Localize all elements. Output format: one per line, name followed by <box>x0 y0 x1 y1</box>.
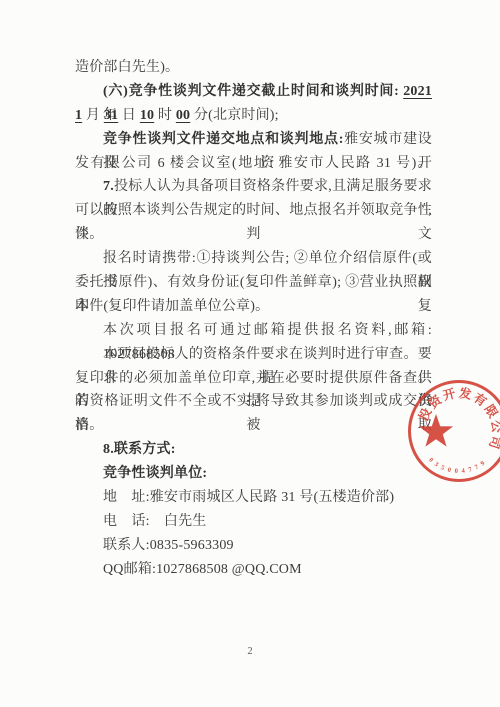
doc-line: 可以按照本谈判公告规定的时间、地点报名并领取竞争性谈判文 <box>75 199 432 223</box>
doc-line: 联系人:0835-5963309 <box>75 534 432 558</box>
text-segment: 月 <box>82 108 104 123</box>
seal-serial-digit: 4 <box>461 468 466 475</box>
doc-line: 8.联系方式: <box>75 438 432 462</box>
seal-arc-char: 司 <box>486 434 500 450</box>
scanned-document-page: 造价部白先生)。(六)竞争性谈判文件递交截止时间和谈判时间: 2021 年1 月… <box>0 0 500 707</box>
seal-serial-digit: 5 <box>440 464 447 472</box>
doc-line: 竞争性谈判文件递交地点和谈判地点:雅安城市建设投资开 <box>75 128 432 152</box>
text-segment: 电 话: 白先生 <box>103 514 207 529</box>
seal-arc-char: 发 <box>457 385 473 402</box>
seal-serial-digit: 0 <box>454 468 458 475</box>
text-segment: 日 <box>118 108 140 123</box>
text-segment: 10 <box>140 108 154 123</box>
doc-line: 本次项目报名可通过邮箱提供报名资料,邮箱: 1027868508 <box>75 319 432 343</box>
doc-line: 报名时请携带:①持谈判公告; ②单位介绍信原件(或授权 <box>75 247 432 271</box>
text-segment: QQ邮箱:1027868508 @QQ.COM <box>103 562 302 577</box>
seal-serial-digit: 7 <box>474 463 481 471</box>
seal-serial-digit: 9 <box>479 460 486 468</box>
doc-line: 竞争性谈判单位: <box>75 462 432 486</box>
doc-line: 本项目投标人的资格条件要求在谈判时进行审查。要求提供 <box>75 343 432 367</box>
text-segment: 时 <box>154 108 176 123</box>
text-segment: 8.联系方式: <box>103 442 176 457</box>
doc-line: QQ邮箱:1027868508 @QQ.COM <box>75 558 432 582</box>
text-segment: 31 <box>104 108 118 123</box>
text-segment: 可以按照本谈判公告规定的时间、地点报名并领取竞争性谈判文 <box>75 203 432 242</box>
doc-line: 造价部白先生)。 <box>75 56 432 80</box>
doc-line: (六)竞争性谈判文件递交截止时间和谈判时间: 2021 年 <box>75 80 432 104</box>
seal-arc-char: 有 <box>471 390 490 410</box>
text-segment: 竞争性谈判单位: <box>103 466 207 481</box>
seal-arc-char: 开 <box>441 385 457 403</box>
doc-line: 地 址:雅安市雨城区人民路 31 号(五楼造价部) <box>75 486 432 510</box>
text-segment: 地 址:雅安市雨城区人民路 31 号(五楼造价部) <box>103 490 394 505</box>
doc-line: 7.投标人认为具备项目资格条件要求,且满足服务要求的, <box>75 175 432 199</box>
doc-line: 复印件的必须加盖单位印章,并在必要时提供原件备查。若提供 <box>75 367 432 391</box>
doc-line: 发有限公司 6 楼会议室(地址: 雅安市人民路 31 号)。 <box>75 152 432 176</box>
text-segment: 00 <box>176 108 190 123</box>
doc-line: 电 话: 白先生 <box>75 510 432 534</box>
text-segment: 本次项目报名可通过邮箱提供报名资料,邮箱: <box>103 323 432 338</box>
text-segment: 分(北京时间); <box>190 108 279 123</box>
seal-arc-char: 公 <box>489 419 500 434</box>
doc-line: 委托书原件)、有效身份证(复印件盖鲜章); ③营业执照副本复 <box>75 271 432 295</box>
doc-line: 的资格证明文件不全或不实,将导致其参加谈判或成交资格被取 <box>75 390 432 414</box>
text-segment: 2021 <box>403 84 432 99</box>
seal-serial-digit: 3 <box>433 461 440 469</box>
text-segment: 竞争性谈判文件递交地点和谈判地点: <box>103 132 344 147</box>
text-segment: (六)竞争性谈判文件递交截止时间和谈判时间: <box>103 84 399 99</box>
seal-serial-digit: 7 <box>468 466 474 474</box>
seal-arc-char: 限 <box>482 402 500 420</box>
text-segment: 7. <box>103 179 114 194</box>
text-segment: 消。 <box>75 418 103 433</box>
text-segment: 造价部白先生)。 <box>75 60 179 75</box>
seal-serial-digit: 0 <box>447 467 452 475</box>
text-segment: 发有限公司 6 楼会议室(地址: 雅安市人民路 31 号)。 <box>75 156 432 171</box>
text-segment: 印件(复印件请加盖单位公章)。 <box>75 299 269 314</box>
text-segment: 的资格证明文件不全或不实,将导致其参加谈判或成交资格被取 <box>75 394 432 433</box>
doc-line: 1 月 31 日 10 时 00 分(北京时间); <box>75 104 432 128</box>
page-number: 2 <box>240 646 260 657</box>
text-segment: 件。 <box>75 227 103 242</box>
text-segment: 联系人:0835-5963309 <box>103 538 234 553</box>
document-body: 造价部白先生)。(六)竞争性谈判文件递交截止时间和谈判时间: 2021 年1 月… <box>75 56 432 582</box>
